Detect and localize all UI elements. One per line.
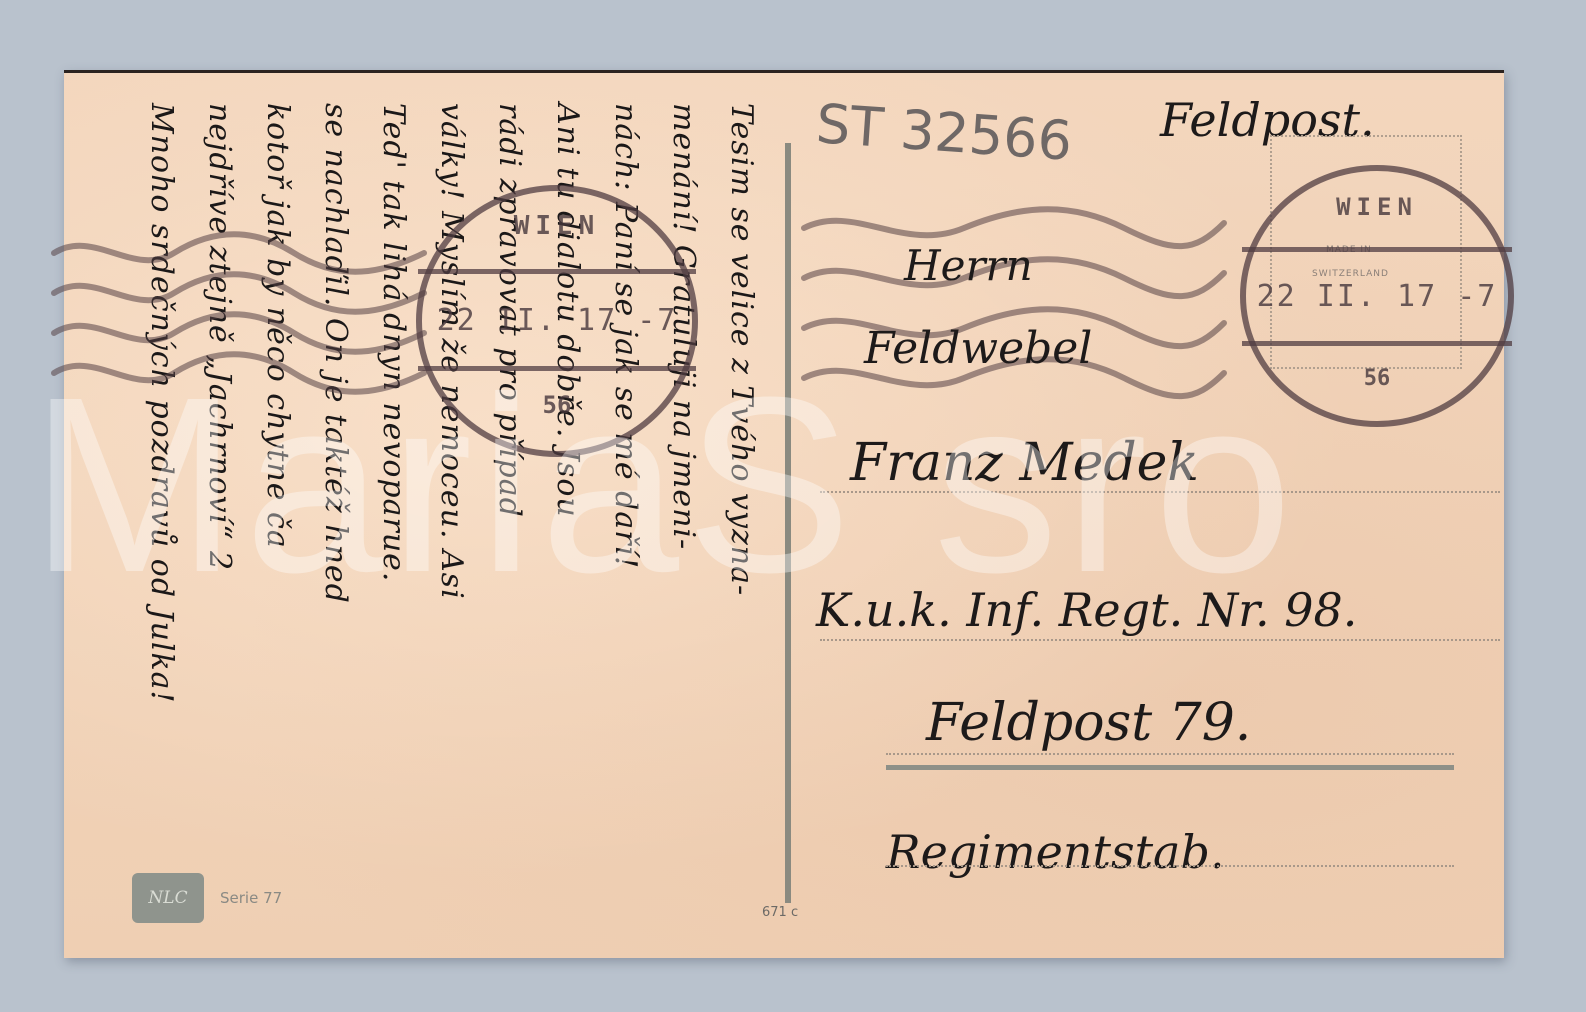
address-rule-4 [886, 865, 1454, 867]
series-label: Serie 77 [220, 889, 282, 907]
address-rule-2 [820, 639, 1500, 641]
address-line-1: Herrn [904, 241, 1033, 290]
publisher-logo: NLC [132, 873, 204, 923]
address-rule-3 [886, 753, 1454, 755]
address-line-6: Regimentstab. [886, 825, 1225, 879]
watermark: MariaS sro [30, 360, 1586, 610]
inventory-number: ST 32566 [814, 92, 1074, 173]
address-rule-thick [886, 765, 1454, 770]
address-line-5: Feldpost 79. [926, 693, 1251, 753]
catalog-number: 671 c [762, 905, 798, 920]
